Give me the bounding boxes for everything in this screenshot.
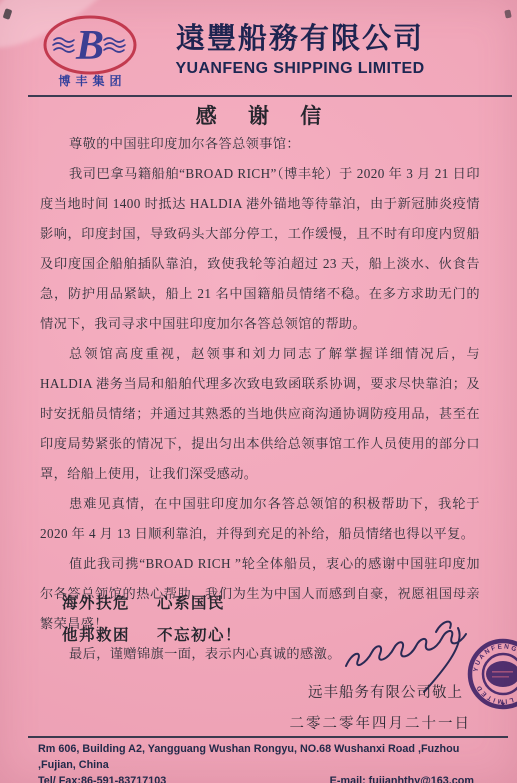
slogan-text: 他邦救困 <box>62 623 130 645</box>
footer-address: Rm 606, Building A2, Yangguang Wushan Ro… <box>38 741 480 773</box>
slogan-row-1: 海外扶危 心系国民 <box>62 586 242 618</box>
header-divider <box>28 95 512 97</box>
footer-tel-fax: Tel/ Fax:86-591-83717103 <box>38 773 166 783</box>
letter-title: 感 谢 信 <box>0 100 517 130</box>
logo-caption: 博丰集团 <box>38 72 142 89</box>
signoff-line: 远丰船务有限公司敬上 <box>0 681 517 702</box>
date-line: 二零二零年四月二十一日 <box>0 712 517 733</box>
scan-speck-top-right <box>504 9 512 18</box>
paragraph: 我司巴拿马籍船舶“BROAD RICH”（博丰轮）于 2020 年 3 月 21… <box>40 159 480 339</box>
slogan-block: 海外扶危 心系国民 他邦救困 不忘初心！ <box>62 586 242 650</box>
salutation: 尊敬的中国驻印度加尔各答总领事馆： <box>40 129 480 159</box>
paragraph: 总领馆高度重视，赵领事和刘力同志了解掌握详细情况后，与 HALDIA 港务当局和… <box>40 339 480 489</box>
company-logo-icon: B <box>40 14 140 76</box>
scanned-letter-page: B 博丰集团 遠豐船務有限公司 YUANFENG SHIPPING LIMITE… <box>0 0 517 783</box>
footer-contact-block: Rm 606, Building A2, Yangguang Wushan Ro… <box>38 741 480 783</box>
slogan-text: 不忘初心！ <box>157 623 242 645</box>
footer-divider <box>28 736 508 738</box>
company-seal-stamp: YUANFENG SHIPPING LIMITED ★ <box>462 634 517 718</box>
slogan-text: 海外扶危 <box>62 591 130 613</box>
company-name-en: YUANFENG SHIPPING LIMITED <box>128 60 472 78</box>
letterhead: 遠豐船務有限公司 YUANFENG SHIPPING LIMITED <box>128 22 472 78</box>
paragraph: 患难见真情，在中国驻印度加尔各答总领馆的积极帮助下，我轮于 2020 年 4 月… <box>40 489 480 549</box>
slogan-row-2: 他邦救困 不忘初心！ <box>62 618 242 650</box>
company-name-cn: 遠豐船務有限公司 <box>128 22 472 57</box>
footer-email: E-mail: fujianhthy@163.com <box>330 773 474 783</box>
logo-b-glyph: B <box>75 23 104 69</box>
slogan-text: 心系国民 <box>157 591 225 613</box>
stamp-star-icon: ★ <box>500 700 506 708</box>
footer-row: Tel/ Fax:86-591-83717103 E-mail: fujianh… <box>38 773 480 783</box>
